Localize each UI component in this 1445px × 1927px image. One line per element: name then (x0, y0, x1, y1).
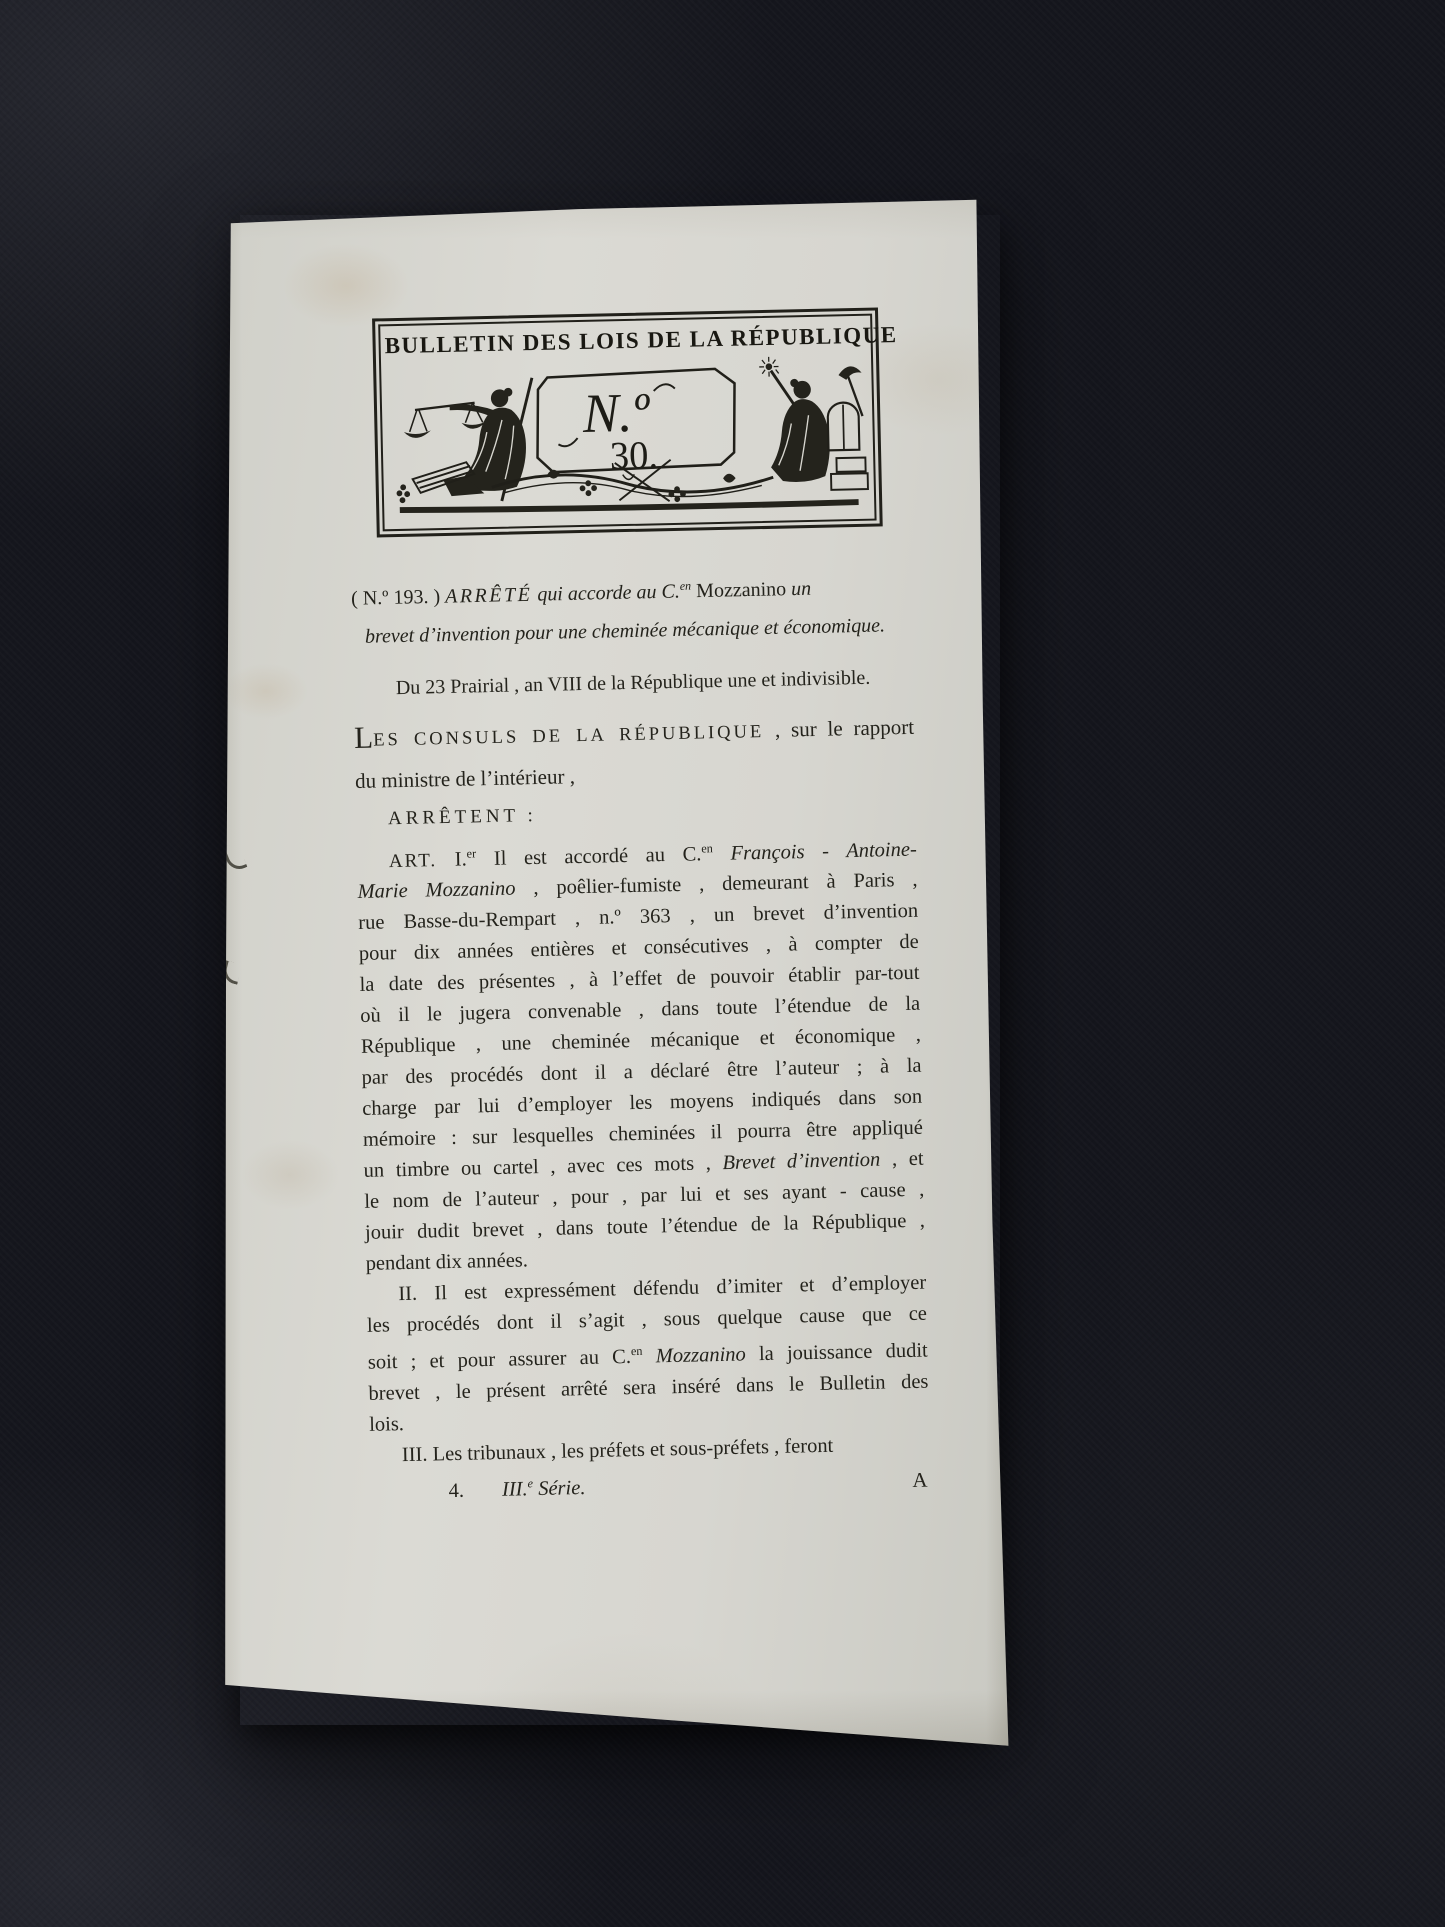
text-segment: ES CONSULS DE LA RÉPUBLIQUE (373, 722, 764, 751)
page-footer: 4. III.e Série. A (370, 1468, 930, 1505)
text-segment: , et (880, 1148, 924, 1171)
masthead-inner-rule: BULLETIN DES LOIS DE LA RÉPUBLIQUE (378, 314, 876, 532)
text-segment (642, 1346, 656, 1368)
text-segment: III. Les tribunaux , les préfets et sous… (402, 1435, 834, 1466)
text-segment: pendant dix années. (365, 1250, 528, 1276)
text-segment: Mozzanino (656, 1344, 746, 1368)
photo-scene: { "scene": { "background_color": "#15161… (0, 0, 1445, 1927)
signature-mark: A (912, 1468, 929, 1493)
footer-spacer (586, 1487, 913, 1494)
text-segment: ART. (389, 850, 438, 872)
text-segment: ARRÊTENT : (388, 805, 537, 829)
text-segment: la jouissance dudit (746, 1340, 928, 1366)
article-2-paragraph: II. Il est expressément défendu d’imiter… (366, 1268, 929, 1441)
masthead-engraving: N.º 30. (385, 353, 870, 521)
text-segment: un (786, 578, 811, 601)
text-segment: ( N.º 193. ) (351, 586, 445, 610)
act-date-line: Du 23 Prairial , an VIII de la Républiqu… (353, 665, 913, 700)
text-segment: , poêlier-fumiste , demeurant à Paris , (515, 869, 917, 900)
text-segment: soit ; et pour assurer au C. (368, 1346, 632, 1374)
text-segment: du ministre de l’intérieur , (355, 764, 575, 793)
text-segment: François - Antoine- (730, 838, 917, 864)
text-segment: I. (437, 848, 467, 871)
text-segment: Brevet d’invention (722, 1149, 880, 1174)
text-segment: Il est accordé au C. (476, 843, 702, 870)
document-page: BULLETIN DES LOIS DE LA RÉPUBLIQUE (218, 192, 1018, 1752)
series-label: III.e Série. (502, 1476, 586, 1503)
text-segment: brevet d’invention pour une cheminée méc… (365, 614, 886, 647)
binding-thread (222, 842, 248, 873)
text-segment: qui accorde au C. (532, 581, 680, 606)
binding-thread (221, 960, 243, 984)
text-segment: Série. (533, 1477, 586, 1500)
text-segment: lois. (369, 1413, 404, 1436)
text-segment: Mozzanino (696, 578, 786, 602)
text-segment: Marie Mozzanino (357, 878, 515, 903)
text-segment: III. (502, 1479, 528, 1502)
justice-with-scales-engraving (394, 378, 534, 503)
text-segment (713, 842, 731, 864)
text-segment: en (680, 579, 692, 593)
issue-number-cartouche: N.º 30. (536, 368, 737, 479)
genius-with-law-tablets-engraving (759, 355, 868, 492)
text-segment: un timbre ou cartel , avec ces mots , (363, 1153, 722, 1183)
act-heading: ( N.º 193. ) ARRÊTÉ qui accorde au C.en … (351, 562, 913, 656)
masthead-box: BULLETIN DES LOIS DE LA RÉPUBLIQUE (372, 307, 883, 537)
platform-engraving (400, 497, 859, 516)
article-1-paragraph: ART. I.er Il est accordé au C.en Françoi… (356, 828, 925, 1280)
text-segment: L (354, 719, 374, 754)
consuls-paragraph: LES CONSULS DE LA RÉPUBLIQUE , sur le ra… (354, 706, 916, 800)
text-segment: ARRÊTÉ (445, 584, 533, 608)
text-segment: en (701, 841, 713, 855)
page-content: BULLETIN DES LOIS DE LA RÉPUBLIQUE (345, 307, 931, 1505)
text-segment: en (631, 1344, 643, 1358)
issue-number-value: 30. (609, 434, 658, 479)
text-segment: , sur le rapport (764, 714, 914, 741)
page-number: 4. (448, 1480, 464, 1503)
